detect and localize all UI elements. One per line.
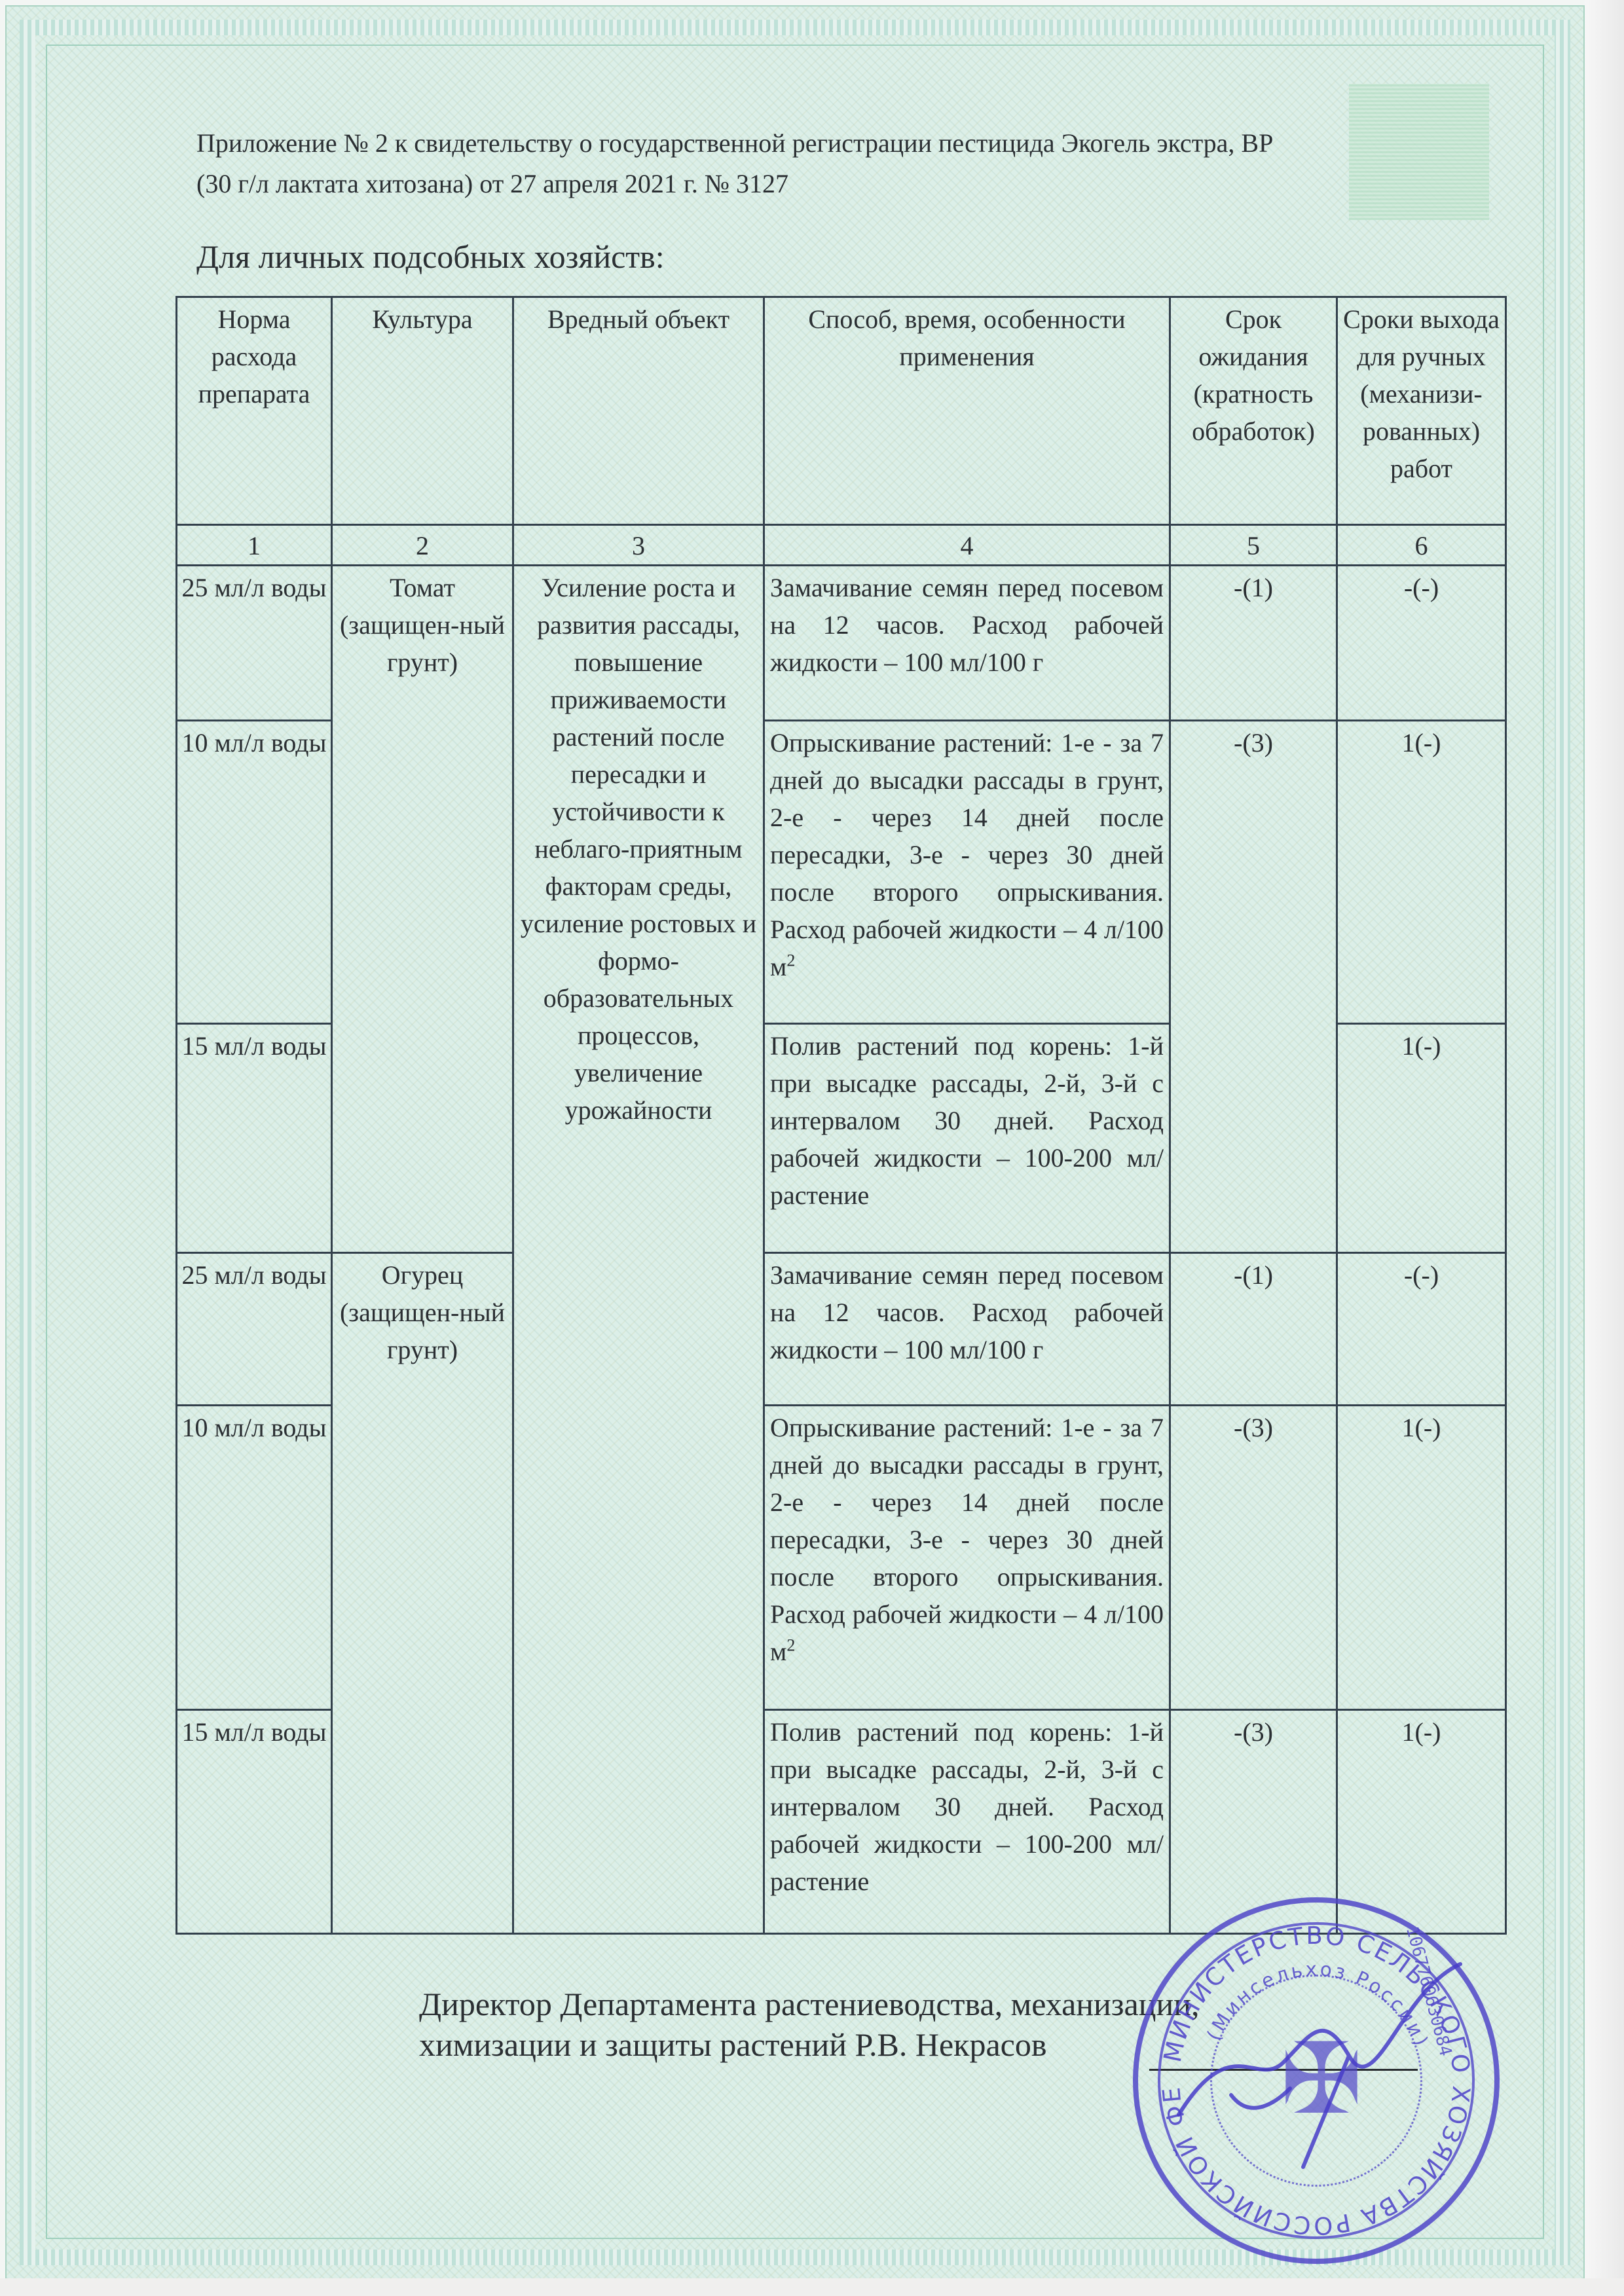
method-text: Опрыскивание растений: 1-е - за 7 дней д… — [770, 1413, 1164, 1666]
signatory-title-line-2: химизации и защиты растений Р.В. Некрасо… — [419, 2024, 1401, 2065]
section-subtitle: Для личных подсобных хозяйств: — [196, 237, 665, 276]
exit-cell: 1(-) — [1337, 1406, 1506, 1710]
title-line-1: Приложение № 2 к свидетельству о государ… — [196, 123, 1500, 164]
header-harmful-object: Вредный объект — [513, 297, 764, 525]
method-text: Опрыскивание растений: 1-е - за 7 дней д… — [770, 728, 1164, 981]
table-row: 25 мл/л воды Томат (защищен-ный грунт) У… — [177, 566, 1506, 721]
scan-edge — [1585, 0, 1624, 2296]
document-title: Приложение № 2 к свидетельству о государ… — [196, 123, 1500, 204]
column-number: 2 — [332, 525, 513, 566]
application-table: Норма расхода препарата Культура Вредный… — [175, 296, 1507, 1935]
header-waiting-period: Срок ожидания (кратность обработок) — [1170, 297, 1337, 525]
waiting-cell: -(1) — [1170, 1253, 1337, 1406]
header-rate: Норма расхода препарата — [177, 297, 332, 525]
exit-cell: -(-) — [1337, 1253, 1506, 1406]
header-exit-terms: Сроки выхода для ручных (механизи-рованн… — [1337, 297, 1506, 525]
waiting-cell: -(1) — [1170, 566, 1337, 721]
method-cell: Замачивание семян перед посевом на 12 ча… — [764, 566, 1170, 721]
rate-cell: 10 мл/л воды — [177, 1406, 332, 1710]
rate-cell: 25 мл/л воды — [177, 566, 332, 721]
table-header-row: Норма расхода препарата Культура Вредный… — [177, 297, 1506, 525]
method-cell: Опрыскивание растений: 1-е - за 7 дней д… — [764, 721, 1170, 1024]
signatory-title-line-1: Директор Департамента растениеводства, м… — [419, 1984, 1401, 2024]
exit-cell: 1(-) — [1337, 1710, 1506, 1934]
rate-cell: 15 мл/л воды — [177, 1024, 332, 1253]
header-method: Способ, время, особенности применения — [764, 297, 1170, 525]
exit-cell: -(-) — [1337, 566, 1506, 721]
waiting-cell: -(3) — [1170, 721, 1337, 1253]
superscript: 2 — [786, 1636, 795, 1655]
exit-cell: 1(-) — [1337, 721, 1506, 1024]
header-culture: Культура — [332, 297, 513, 525]
method-cell: Замачивание семян перед посевом на 12 ча… — [764, 1253, 1170, 1406]
rate-cell: 10 мл/л воды — [177, 721, 332, 1024]
column-number: 5 — [1170, 525, 1337, 566]
harmful-object-cell: Усиление роста и развития рассады, повыш… — [513, 566, 764, 1934]
signature-block: Директор Департамента растениеводства, м… — [419, 1984, 1401, 2065]
title-line-2: (30 г/л лактата хитозана) от 27 апреля 2… — [196, 164, 1500, 204]
rate-cell: 15 мл/л воды — [177, 1710, 332, 1934]
column-number: 4 — [764, 525, 1170, 566]
waiting-cell: -(3) — [1170, 1406, 1337, 1710]
culture-cell: Огурец (защищен-ный грунт) — [332, 1253, 513, 1934]
superscript: 2 — [786, 951, 795, 970]
culture-cell: Томат (защищен-ный грунт) — [332, 566, 513, 1253]
signature-line — [1149, 2069, 1418, 2071]
exit-cell: 1(-) — [1337, 1024, 1506, 1253]
waiting-cell: -(3) — [1170, 1710, 1337, 1934]
method-cell: Опрыскивание растений: 1-е - за 7 дней д… — [764, 1406, 1170, 1710]
method-cell: Полив растений под корень: 1-й при высад… — [764, 1024, 1170, 1253]
column-number: 6 — [1337, 525, 1506, 566]
table-row: 25 мл/л воды Огурец (защищен-ный грунт) … — [177, 1253, 1506, 1406]
method-cell: Полив растений под корень: 1-й при высад… — [764, 1710, 1170, 1934]
column-number-row: 1 2 3 4 5 6 — [177, 525, 1506, 566]
column-number: 3 — [513, 525, 764, 566]
rate-cell: 25 мл/л воды — [177, 1253, 332, 1406]
scan-edge-bottom — [0, 2278, 1624, 2296]
column-number: 1 — [177, 525, 332, 566]
